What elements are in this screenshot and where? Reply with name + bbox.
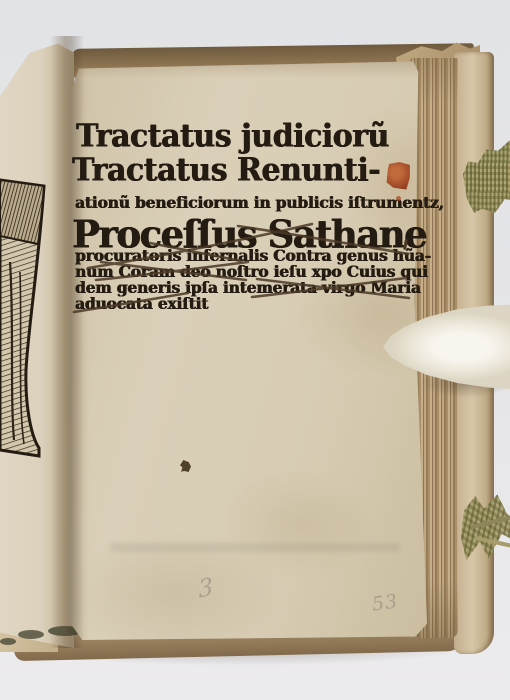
frayed-binding-remnant <box>18 630 44 639</box>
title-line-8: aduocata exiſtit <box>75 294 208 313</box>
frayed-binding-remnant <box>0 638 16 645</box>
pencil-folio-number: 53 <box>371 590 400 615</box>
title-line-3: ationũ beneficiorum in publicis iſtrumen… <box>75 193 444 212</box>
title-line-2: Tractatus Renunti- <box>72 152 380 189</box>
pencil-squiggle-mark: 3 <box>197 572 215 604</box>
ink-showthrough <box>110 543 400 552</box>
photograph-of-open-book: Tractatus judiciorũ Tractatus Renunti- a… <box>0 0 510 700</box>
wax-speck <box>396 196 401 201</box>
title-line-1: Tractatus judiciorũ <box>76 118 389 155</box>
